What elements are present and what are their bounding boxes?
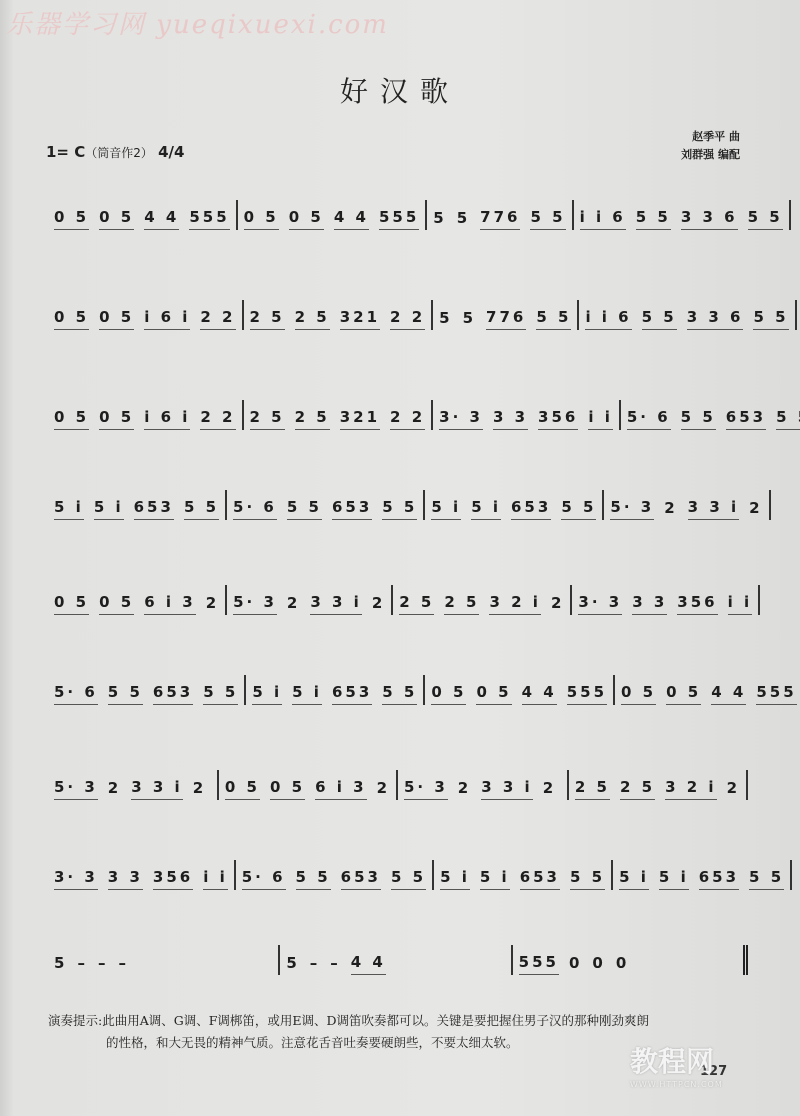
note-group: 776: [480, 208, 520, 230]
measure: 0 50 5i 6 i2 2: [48, 300, 244, 330]
note-group: 3 3: [493, 408, 528, 430]
note-group: 5: [463, 309, 476, 330]
measure: 5 i5 i6535 5: [613, 860, 792, 890]
note-group: 5 5: [642, 308, 677, 330]
measure: 5· 323 3 i2: [604, 490, 770, 520]
composer: 赵季平 曲: [681, 128, 740, 146]
note-group: 2 2: [390, 308, 425, 330]
note-group: 5· 6: [627, 408, 671, 430]
measure: 557765 5: [427, 200, 573, 230]
note-group: 5 5: [287, 498, 322, 520]
note-group: 5 i: [480, 868, 510, 890]
tips-line-1: 此曲用A调、G调、F调梆笛，或用E调、D调笛吹奏都可以。关键是要把握住男子汉的那…: [102, 1013, 649, 1028]
note-group: 555: [519, 953, 559, 975]
note-group: 3 3: [632, 593, 667, 615]
note-group: 2: [206, 594, 219, 615]
logo-url: WWW.HTTPCN.COM: [630, 1080, 790, 1089]
score-line: 0 50 54 45550 50 54 4555557765 5i i 65 5…: [48, 190, 748, 230]
measure: 5· 323 3 i2: [398, 770, 569, 800]
note-group: 2 5: [250, 408, 285, 430]
note-group: 356: [677, 593, 717, 615]
note-group: 5 5: [636, 208, 671, 230]
note-group: 5· 3: [610, 498, 654, 520]
note-group: 0: [616, 954, 629, 975]
logo-text: 教程网: [630, 1045, 714, 1078]
note-group: i i: [728, 593, 753, 615]
note-group: 0 5: [54, 408, 89, 430]
note-group: 3· 3: [54, 868, 98, 890]
measure: 2 52 53 2 i2: [569, 770, 748, 800]
note-group: –: [310, 954, 321, 975]
note-group: 2: [551, 594, 564, 615]
note-group: 5 i: [94, 498, 124, 520]
note-group: 5: [457, 209, 470, 230]
note-group: 0 5: [54, 308, 89, 330]
note-group: 321: [340, 308, 380, 330]
note-group: 5 5: [184, 498, 219, 520]
note-group: –: [77, 954, 88, 975]
note-group: 5 i: [619, 868, 649, 890]
measure: 5 i5 i6535 5: [246, 675, 425, 705]
measure: 5 i5 i6535 5: [48, 490, 227, 520]
measure: 5 i5 i6535 5: [434, 860, 613, 890]
note-group: 0: [569, 954, 582, 975]
note-group: i i: [203, 868, 228, 890]
note-group: 6 i 3: [315, 778, 366, 800]
note-group: 2: [727, 779, 740, 800]
note-group: 653: [341, 868, 381, 890]
note-group: 356: [538, 408, 578, 430]
note-group: 3 3 i: [131, 778, 182, 800]
note-group: 0 5: [54, 208, 89, 230]
note-group: 3 3: [108, 868, 143, 890]
key-note: （筒音作2）: [85, 146, 153, 160]
note-group: 5 5: [391, 868, 426, 890]
note-group: 2: [372, 594, 385, 615]
note-group: 2: [287, 594, 300, 615]
note-group: 653: [332, 498, 372, 520]
note-group: 3· 3: [578, 593, 622, 615]
score-line: 3· 33 3356i i5· 65 56535 55 i5 i6535 55 …: [48, 850, 748, 890]
measure: 0 50 5i 6 i2 2: [48, 400, 244, 430]
note-group: –: [330, 954, 341, 975]
measure: 5· 65 56535 5: [227, 490, 425, 520]
note-group: 0 5: [476, 683, 511, 705]
note-group: 3 2 i: [665, 778, 716, 800]
note-group: 5 5: [296, 868, 331, 890]
note-group: 2: [108, 779, 121, 800]
measure: 3· 33 3356i i: [572, 585, 760, 615]
score-line: 0 50 5i 6 i2 22 52 53212 23· 33 3356i i5…: [48, 390, 748, 430]
note-group: 5· 6: [233, 498, 277, 520]
note-group: 5 5: [570, 868, 605, 890]
arranger: 刘群强 编配: [681, 146, 740, 164]
note-group: 2 2: [390, 408, 425, 430]
measure: 2 52 53212 2: [244, 300, 434, 330]
score-line: 5· 65 56535 55 i5 i6535 50 50 54 45550 5…: [48, 665, 748, 705]
note-group: 555: [189, 208, 229, 230]
note-group: 4 4: [144, 208, 179, 230]
key-signature: 1= C（筒音作2） 4/4: [46, 143, 184, 161]
note-group: i 6 i: [144, 308, 190, 330]
note-group: 5 i: [252, 683, 282, 705]
measure: i i 65 53 3 65 5: [579, 300, 796, 330]
tips-label: 演奏提示:: [48, 1013, 102, 1028]
note-group: 5· 6: [54, 683, 98, 705]
note-group: 2 5: [250, 308, 285, 330]
page-title: 好汉歌: [0, 70, 800, 110]
measure: 0 50 56 i 32: [48, 585, 227, 615]
note-group: 356: [153, 868, 193, 890]
note-group: 2 5: [620, 778, 655, 800]
score-line: 5· 323 3 i20 50 56 i 325· 323 3 i22 52 5…: [48, 760, 748, 800]
note-group: 555: [756, 683, 796, 705]
note-group: 5 5: [536, 308, 571, 330]
note-group: 6 i 3: [144, 593, 195, 615]
note-group: 3 3 i: [688, 498, 739, 520]
note-group: 5 5: [108, 683, 143, 705]
measure: 5· 323 3 i2: [227, 585, 393, 615]
note-group: 5 i: [659, 868, 689, 890]
measure: 0 50 54 4555: [615, 675, 800, 705]
sheet-music-page: 乐器学习网 yueqixuexi.com 好汉歌 1= C（筒音作2） 4/4 …: [0, 0, 800, 1116]
note-group: 0 5: [99, 308, 134, 330]
note-group: 5 5: [382, 498, 417, 520]
note-group: 5 5: [776, 408, 800, 430]
note-group: 0 5: [270, 778, 305, 800]
measure: 555000: [513, 945, 748, 975]
note-group: 0 5: [225, 778, 260, 800]
note-group: i 6 i: [144, 408, 190, 430]
note-group: 5 i: [440, 868, 470, 890]
note-group: 321: [340, 408, 380, 430]
note-group: 5: [433, 209, 446, 230]
measure: 5· 65 56535 5: [236, 860, 434, 890]
note-group: 653: [153, 683, 193, 705]
note-group: 5 5: [382, 683, 417, 705]
score-line: 5–––5––4 4555000: [48, 935, 748, 975]
note-group: 5 5: [203, 683, 238, 705]
note-group: 2 5: [444, 593, 479, 615]
note-group: 2 2: [200, 408, 235, 430]
measure: 0 50 56 i 32: [219, 770, 398, 800]
note-group: 776: [486, 308, 526, 330]
note-group: 3 3 i: [481, 778, 532, 800]
time-signature: 4/4: [158, 143, 184, 161]
key-main: 1= C: [46, 143, 85, 161]
watermark: 乐器学习网 yueqixuexi.com: [6, 4, 389, 41]
measure: 5––4 4: [280, 945, 512, 975]
note-group: 5: [286, 954, 299, 975]
measure: 2 52 53 2 i2: [393, 585, 572, 615]
measure: 0 50 54 4555: [48, 200, 238, 230]
note-group: 2: [377, 779, 390, 800]
note-group: 2 5: [295, 308, 330, 330]
score-line: 0 50 5i 6 i2 22 52 53212 2557765 5i i 65…: [48, 290, 748, 330]
note-group: 0 5: [666, 683, 701, 705]
note-group: 4 4: [351, 953, 386, 975]
note-group: 4 4: [334, 208, 369, 230]
note-group: 653: [699, 868, 739, 890]
note-group: 2 5: [399, 593, 434, 615]
measure: 5· 65 56535 5: [48, 675, 246, 705]
note-group: 2: [664, 499, 677, 520]
note-group: 5: [439, 309, 452, 330]
measure: 3· 33 3356i i: [433, 400, 621, 430]
note-group: 2: [749, 499, 762, 520]
note-group: 5 i: [54, 498, 84, 520]
note-group: 653: [134, 498, 174, 520]
note-group: 3 3 i: [310, 593, 361, 615]
note-group: 0 5: [431, 683, 466, 705]
note-group: 2: [193, 779, 206, 800]
note-group: 2 2: [200, 308, 235, 330]
measure: 557765 5: [433, 300, 579, 330]
note-group: 5: [54, 954, 67, 975]
note-group: 4 4: [711, 683, 746, 705]
note-group: 5 5: [530, 208, 565, 230]
note-group: i i: [588, 408, 613, 430]
note-group: 0 5: [99, 208, 134, 230]
note-group: 0 5: [99, 408, 134, 430]
measure: 3· 33 3356i i: [48, 860, 236, 890]
note-group: 653: [511, 498, 551, 520]
note-group: 0 5: [289, 208, 324, 230]
note-group: i i 6: [580, 208, 626, 230]
note-group: 0: [592, 954, 605, 975]
note-group: 5 i: [292, 683, 322, 705]
note-group: 3 3 6: [681, 208, 738, 230]
note-group: 0 5: [99, 593, 134, 615]
note-group: –: [118, 954, 129, 975]
credits: 赵季平 曲 刘群强 编配: [681, 128, 740, 164]
note-group: 0 5: [54, 593, 89, 615]
note-group: 653: [332, 683, 372, 705]
note-group: 653: [726, 408, 766, 430]
note-group: 5· 3: [233, 593, 277, 615]
note-group: 5 i: [431, 498, 461, 520]
note-group: 5· 6: [242, 868, 286, 890]
note-group: 5 5: [749, 868, 784, 890]
note-group: 0 5: [244, 208, 279, 230]
note-group: 555: [567, 683, 607, 705]
note-group: 5· 3: [54, 778, 98, 800]
note-group: 5 5: [681, 408, 716, 430]
measure: 2 52 53212 2: [244, 400, 434, 430]
note-group: 5 5: [561, 498, 596, 520]
note-group: 3 2 i: [489, 593, 540, 615]
measure: 5· 65 56535 5: [621, 400, 800, 430]
note-group: 3 3 6: [687, 308, 744, 330]
measure: 0 50 54 4555: [238, 200, 428, 230]
note-group: 0 5: [621, 683, 656, 705]
measure: 0 50 54 4555: [425, 675, 615, 705]
note-group: 2 5: [295, 408, 330, 430]
note-group: –: [98, 954, 109, 975]
note-group: 555: [379, 208, 419, 230]
measure: 5–––: [48, 945, 280, 975]
site-logo: 教程网 WWW.HTTPCN.COM: [630, 1040, 790, 1110]
note-group: 2 5: [575, 778, 610, 800]
note-group: 2: [543, 779, 556, 800]
score-line: 5 i5 i6535 55· 65 56535 55 i5 i6535 55· …: [48, 480, 748, 520]
note-group: 653: [520, 868, 560, 890]
note-group: 5 i: [471, 498, 501, 520]
note-group: 3· 3: [439, 408, 483, 430]
score-line: 0 50 56 i 325· 323 3 i22 52 53 2 i23· 33…: [48, 575, 748, 615]
measure: i i 65 53 3 65 5: [574, 200, 791, 230]
measure: 5 i5 i6535 5: [425, 490, 604, 520]
note-group: 5 5: [748, 208, 783, 230]
note-group: 4 4: [522, 683, 557, 705]
note-group: i i 6: [585, 308, 631, 330]
measure: 5· 323 3 i2: [48, 770, 219, 800]
note-group: 5 5: [753, 308, 788, 330]
note-group: 2: [458, 779, 471, 800]
note-group: 5· 3: [404, 778, 448, 800]
